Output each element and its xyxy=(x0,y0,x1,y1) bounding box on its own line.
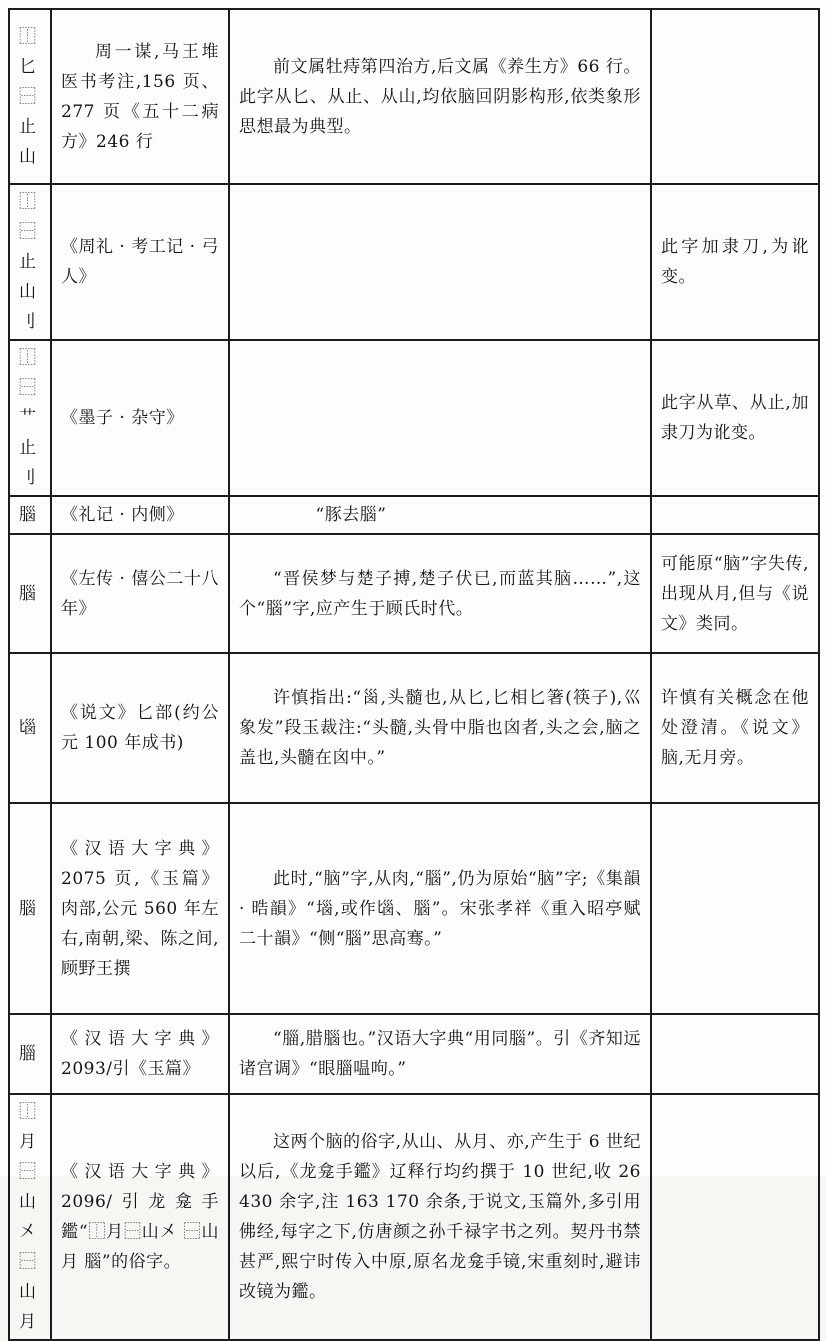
note-cell: 可能原“脑”字失传,出现从月,但与《说文》类同。 xyxy=(651,534,819,653)
ancient-glyph-cell: ⿰匕⿱止山 xyxy=(9,9,51,184)
ancient-glyph-cell: 腦 xyxy=(9,803,51,1014)
description-cell: 许慎指出:“𡿺,头髓也,从匕,匕相匕箸(筷子),巛象发”段玉裁注:“头髓,头骨中… xyxy=(229,653,651,803)
table-row: 䐉 《汉语大字典》2093/引《玉篇》 “䐉,腊腦也。”汉语大字典“用同腦”。引… xyxy=(9,1014,819,1094)
note-cell xyxy=(651,1014,819,1094)
table-row: ⿰⿱艹止刂 《墨子 · 杂守》 此字从草、从止,加隶刀为讹变。 xyxy=(9,340,819,496)
source-text: 周一谋,马王堆医书考注,156 页、277 页《五十二病方》246 行 xyxy=(61,37,219,157)
source-cell: 《左传 · 僖公二十八年》 xyxy=(51,534,229,653)
etymology-table: ⿰匕⿱止山 周一谋,马王堆医书考注,156 页、277 页《五十二病方》246 … xyxy=(8,8,820,1341)
note-text: 许慎有关概念在他处澄清。《说文》脑,无月旁。 xyxy=(661,683,809,773)
table-row: ⿰⿱止山刂 《周礼 · 考工记 · 弓人》 此字加隶刀,为讹变。 xyxy=(9,184,819,340)
description-text: 此时,“脑”字,从肉,“腦”,仍为原始“脑”字;《集韻 · 晧韻》“堖,或作匘、… xyxy=(239,864,641,954)
source-text: 《礼记 · 内侧》 xyxy=(61,500,219,530)
source-cell: 《墨子 · 杂守》 xyxy=(51,340,229,496)
table-row: 匘 《说文》匕部(约公元 100 年成书) 许慎指出:“𡿺,头髓也,从匕,匕相匕… xyxy=(9,653,819,803)
description-cell: 前文属牡痔第四治方,后文属《养生方》66 行。此字从匕、从止、从山,均依脑回阴影… xyxy=(229,9,651,184)
source-cell: 《汉语大字典》2096/引龙龛手鑑“⿰月⿱山㐅 ⿱山月 腦”的俗字。 xyxy=(51,1094,229,1340)
description-cell: “晋侯梦与楚子搏,楚子伏已,而蓝其脑……”,这个“腦”字,应产生于顾氏时代。 xyxy=(229,534,651,653)
source-text: 《说文》匕部(约公元 100 年成书) xyxy=(61,698,219,758)
table-row: ⿰匕⿱止山 周一谋,马王堆医书考注,156 页、277 页《五十二病方》246 … xyxy=(9,9,819,184)
source-cell: 《汉语大字典》2093/引《玉篇》 xyxy=(51,1014,229,1094)
source-text: 《汉语大字典》2096/引龙龛手鑑“⿰月⿱山㐅 ⿱山月 腦”的俗字。 xyxy=(61,1157,219,1277)
source-text: 《周礼 · 考工记 · 弓人》 xyxy=(61,232,219,292)
source-text: 《左传 · 僖公二十八年》 xyxy=(61,564,219,624)
description-text: “豚去腦” xyxy=(239,500,641,530)
note-cell: 此字加隶刀,为讹变。 xyxy=(651,184,819,340)
table-row: 腦 《汉语大字典》2075 页,《玉篇》肉部,公元 560 年左右,南朝,梁、陈… xyxy=(9,803,819,1014)
description-cell: “䐉,腊腦也。”汉语大字典“用同腦”。引《齐知远诸宫调》“眼䐉嗢呴。” xyxy=(229,1014,651,1094)
description-text: 许慎指出:“𡿺,头髓也,从匕,匕相匕箸(筷子),巛象发”段玉裁注:“头髓,头骨中… xyxy=(239,683,641,773)
source-cell: 《汉语大字典》2075 页,《玉篇》肉部,公元 560 年左右,南朝,梁、陈之间… xyxy=(51,803,229,1014)
description-text: 这两个脑的俗字,从山、从月、亦,产生于 6 世纪以后,《龙龛手鑑》辽释行均约撰于… xyxy=(239,1127,641,1307)
table-row: 腦 《礼记 · 内侧》 “豚去腦” xyxy=(9,496,819,534)
note-cell xyxy=(651,496,819,534)
note-cell: 许慎有关概念在他处澄清。《说文》脑,无月旁。 xyxy=(651,653,819,803)
description-text: 前文属牡痔第四治方,后文属《养生方》66 行。此字从匕、从止、从山,均依脑回阴影… xyxy=(239,52,641,142)
note-cell xyxy=(651,1094,819,1340)
description-cell: 这两个脑的俗字,从山、从月、亦,产生于 6 世纪以后,《龙龛手鑑》辽释行均约撰于… xyxy=(229,1094,651,1340)
source-cell: 《周礼 · 考工记 · 弓人》 xyxy=(51,184,229,340)
source-text: 《墨子 · 杂守》 xyxy=(61,403,219,433)
source-cell: 周一谋,马王堆医书考注,156 页、277 页《五十二病方》246 行 xyxy=(51,9,229,184)
table-row: 腦 《左传 · 僖公二十八年》 “晋侯梦与楚子搏,楚子伏已,而蓝其脑……”,这个… xyxy=(9,534,819,653)
note-cell: 此字从草、从止,加隶刀为讹变。 xyxy=(651,340,819,496)
note-cell xyxy=(651,803,819,1014)
description-text: “䐉,腊腦也。”汉语大字典“用同腦”。引《齐知远诸宫调》“眼䐉嗢呴。” xyxy=(239,1024,641,1084)
note-text: 此字加隶刀,为讹变。 xyxy=(661,232,809,292)
table-row: ⿰月⿱山㐅 ⿱山月 《汉语大字典》2096/引龙龛手鑑“⿰月⿱山㐅 ⿱山月 腦”… xyxy=(9,1094,819,1340)
note-text: 可能原“脑”字失传,出现从月,但与《说文》类同。 xyxy=(661,549,809,639)
description-cell: 此时,“脑”字,从肉,“腦”,仍为原始“脑”字;《集韻 · 晧韻》“堖,或作匘、… xyxy=(229,803,651,1014)
source-cell: 《说文》匕部(约公元 100 年成书) xyxy=(51,653,229,803)
ancient-glyph-cell: ⿰⿱止山刂 xyxy=(9,184,51,340)
ancient-glyph-cell: 匘 xyxy=(9,653,51,803)
ancient-glyph-cell: 䐉 xyxy=(9,1014,51,1094)
scanned-page: ⿰匕⿱止山 周一谋,马王堆医书考注,156 页、277 页《五十二病方》246 … xyxy=(0,0,826,1176)
description-cell: “豚去腦” xyxy=(229,496,651,534)
ancient-glyph-cell: ⿰⿱艹止刂 xyxy=(9,340,51,496)
ancient-glyph-cell: ⿰月⿱山㐅 ⿱山月 xyxy=(9,1094,51,1340)
ancient-glyph-cell: 腦 xyxy=(9,534,51,653)
description-cell xyxy=(229,184,651,340)
source-cell: 《礼记 · 内侧》 xyxy=(51,496,229,534)
ancient-glyph-cell: 腦 xyxy=(9,496,51,534)
description-cell xyxy=(229,340,651,496)
source-text: 《汉语大字典》2075 页,《玉篇》肉部,公元 560 年左右,南朝,梁、陈之间… xyxy=(61,834,219,984)
source-text: 《汉语大字典》2093/引《玉篇》 xyxy=(61,1024,219,1084)
note-cell xyxy=(651,9,819,184)
note-text: 此字从草、从止,加隶刀为讹变。 xyxy=(661,388,809,448)
description-text: “晋侯梦与楚子搏,楚子伏已,而蓝其脑……”,这个“腦”字,应产生于顾氏时代。 xyxy=(239,564,641,624)
